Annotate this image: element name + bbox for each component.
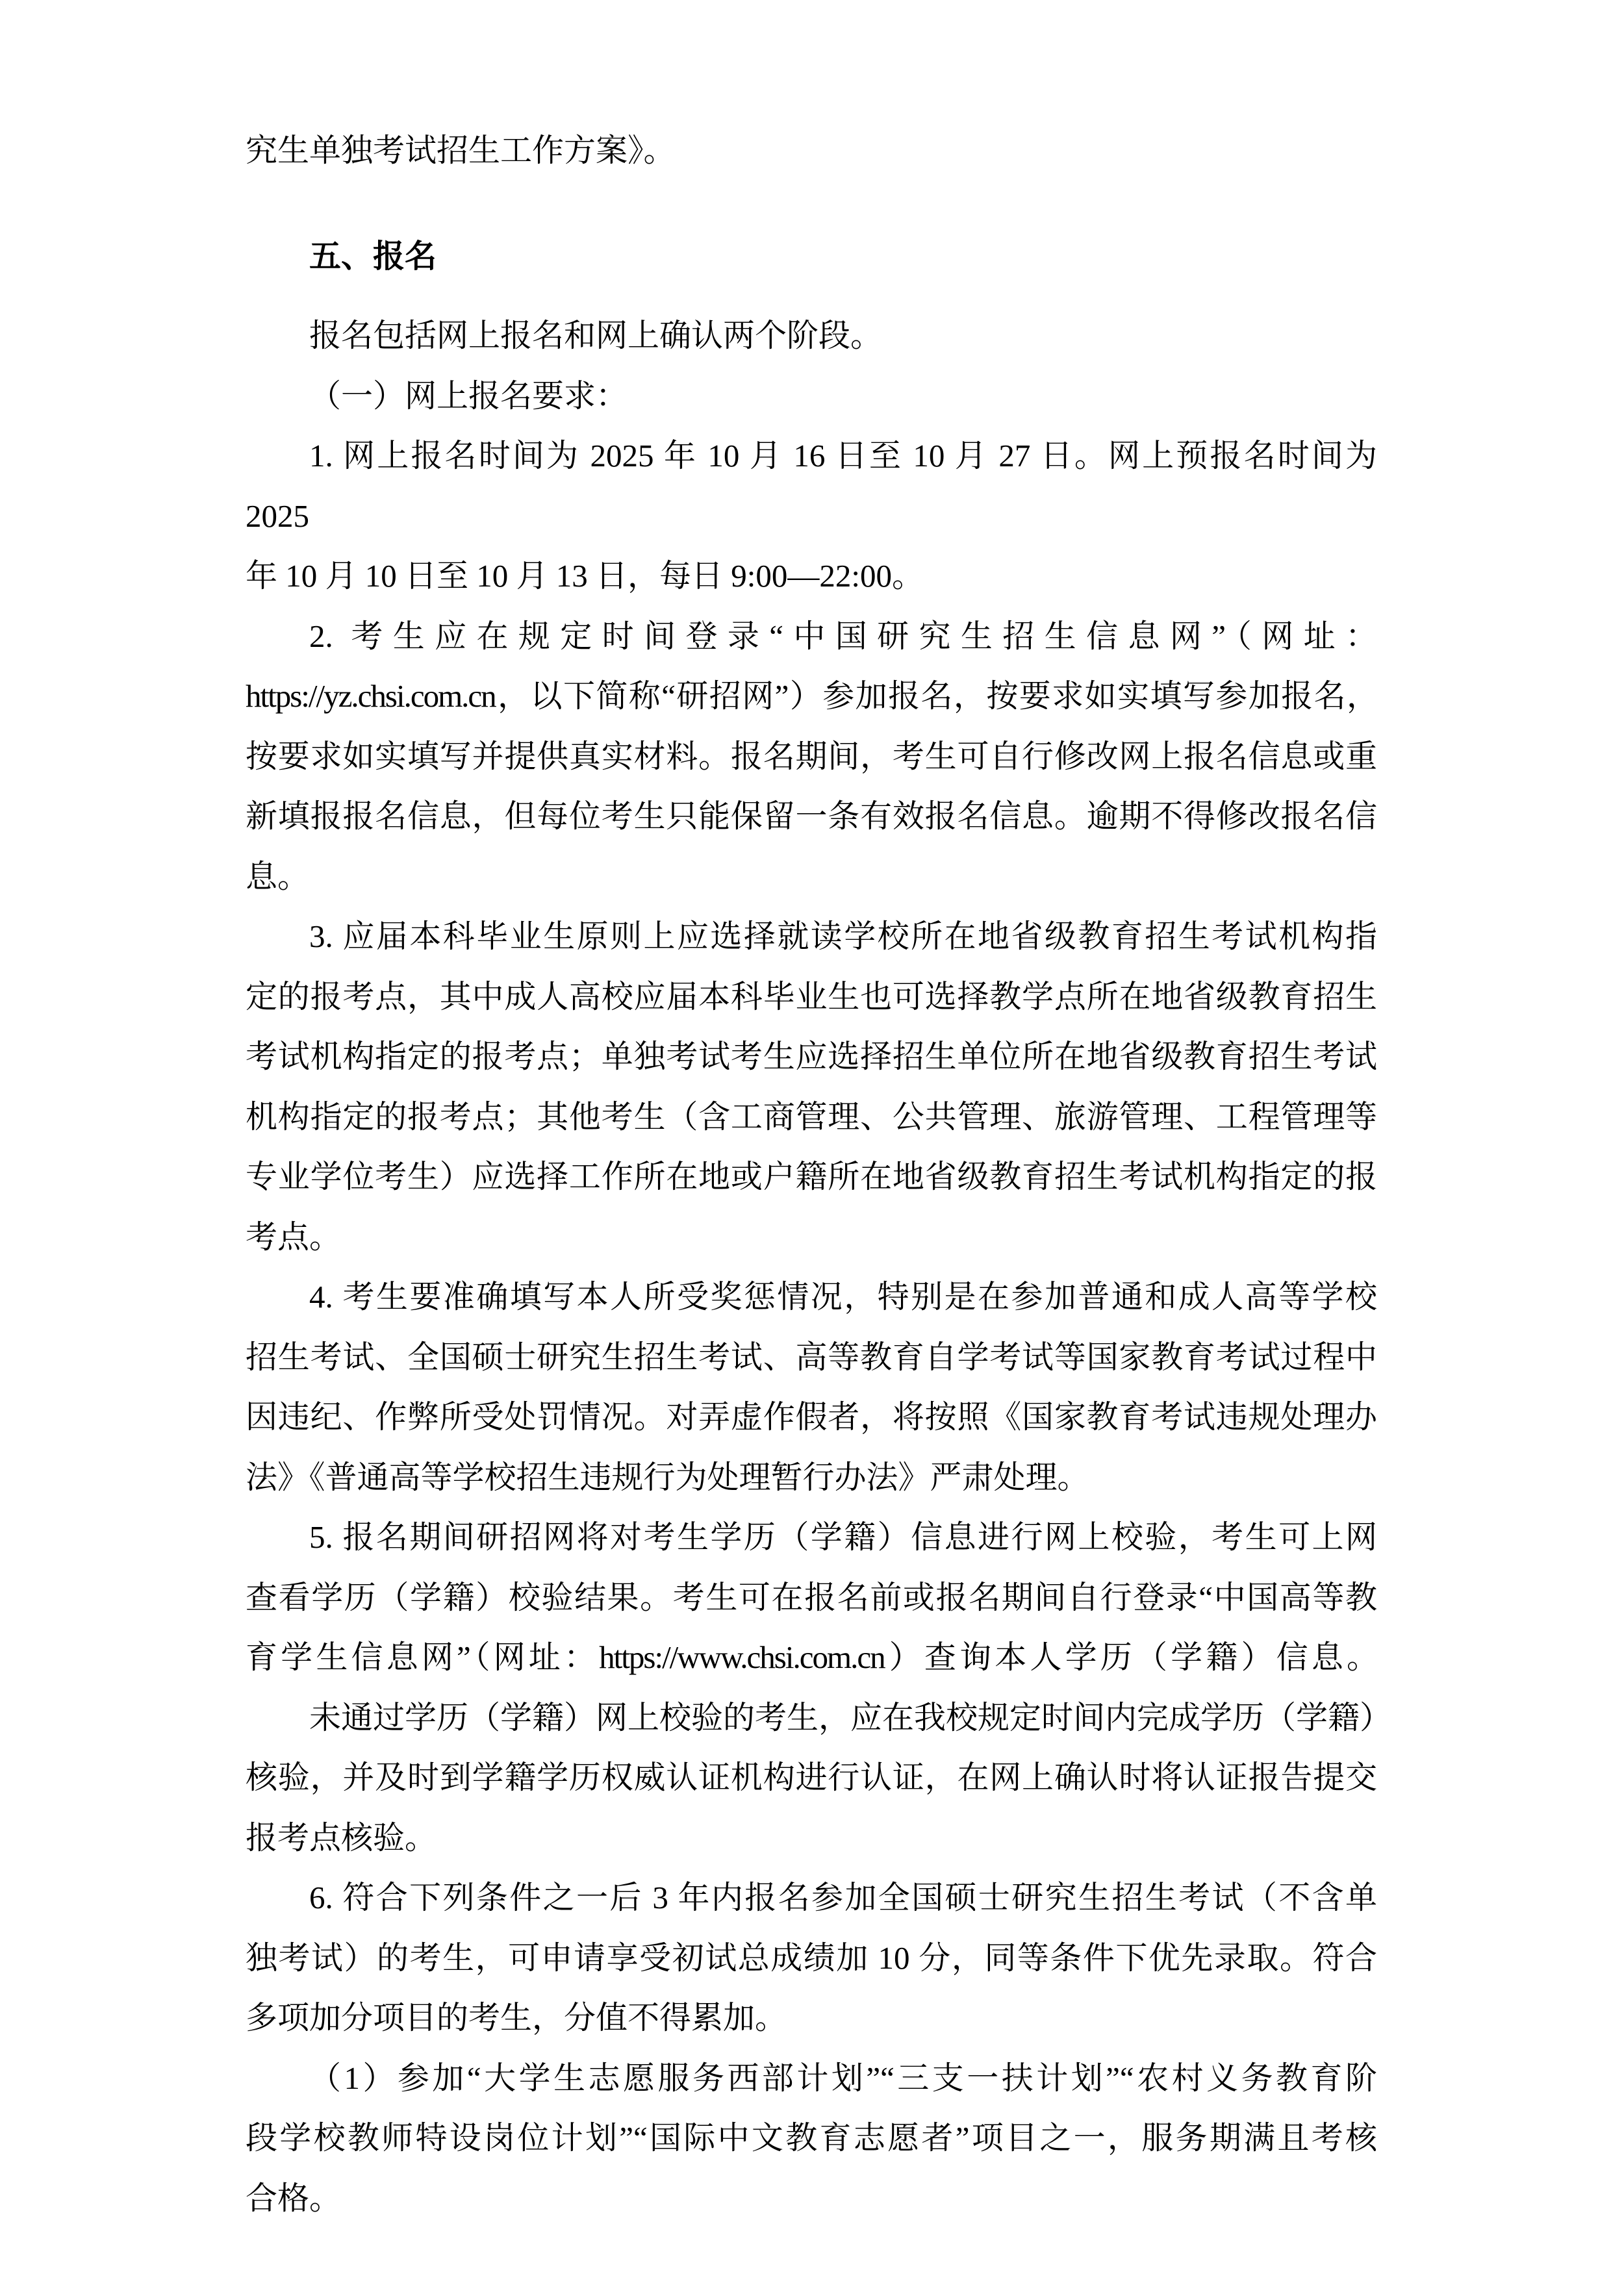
paragraph-line: 按要求如实填写并提供真实材料。报名期间，考生可自行修改网上报名信息或重 xyxy=(246,727,1377,787)
paragraph-line: 新填报报名信息，但每位考生只能保留一条有效报名信息。逾期不得修改报名信 xyxy=(246,787,1377,847)
paragraph-line: 段学校教师特设岗位计划”“国际中文教育志愿者”项目之一，服务期满且考核 xyxy=(246,2108,1377,2169)
paragraph-line: 育学生信息网”（网址：https://www.chsi.com.cn）查询本人学… xyxy=(246,1628,1377,1688)
paragraph-line: 因违纪、作弊所受处罚情况。对弄虚作假者，将按照《国家教育考试违规处理办 xyxy=(246,1387,1377,1448)
paragraph-line: 报名包括网上报名和网上确认两个阶段。 xyxy=(246,306,1377,366)
paragraph-line: 定的报考点，其中成人高校应届本科毕业生也可选择教学点所在地省级教育招生 xyxy=(246,967,1377,1028)
paragraph-line: 考点。 xyxy=(246,1207,1377,1268)
paragraph-line: 1. 网上报名时间为 2025 年 10 月 16 日至 10 月 27 日。网… xyxy=(246,426,1377,546)
paragraph-line: 究生单独考试招生工作方案》。 xyxy=(246,121,1377,181)
paragraph-line: 5. 报名期间研招网将对考生学历（学籍）信息进行网上校验，考生可上网 xyxy=(246,1508,1377,1568)
paragraph-line: 息。 xyxy=(246,847,1377,907)
paragraph-line: 核验，并及时到学籍学历权威认证机构进行认证，在网上确认时将认证报告提交 xyxy=(246,1748,1377,1808)
paragraph-line: （1）参加“大学生志愿服务西部计划”“三支一扶计划”“农村义务教育阶 xyxy=(246,2049,1377,2109)
paragraph-line: 年 10 月 10 日至 10 月 13 日，每日 9:00—22:00。 xyxy=(246,546,1377,607)
paragraph-line: 多项加分项目的考生，分值不得累加。 xyxy=(246,1988,1377,2049)
paragraph-line: 2. 考生应在规定时间登录“中国研究生招生信息网”（网址： xyxy=(246,607,1377,667)
paragraph-line: 3. 应届本科毕业生原则上应选择就读学校所在地省级教育招生考试机构指 xyxy=(246,907,1377,967)
paragraph-line: 招生考试、全国硕士研究生招生考试、高等教育自学考试等国家教育考试过程中 xyxy=(246,1328,1377,1388)
paragraph-line: 未通过学历（学籍）网上校验的考生，应在我校规定时间内完成学历（学籍） xyxy=(246,1688,1377,1748)
section-heading: 五、报名 xyxy=(246,227,1377,287)
paragraph-line: 独考试）的考生，可申请享受初试总成绩加 10 分，同等条件下优先录取。符合 xyxy=(246,1928,1377,1989)
paragraph-line: 报考点核验。 xyxy=(246,1808,1377,1869)
document-page: 究生单独考试招生工作方案》。 五、报名 报名包括网上报名和网上确认两个阶段。 （… xyxy=(0,0,1624,2296)
paragraph-line: 考试机构指定的报考点；单独考试考生应选择招生单位所在地省级教育招生考试 xyxy=(246,1027,1377,1087)
paragraph-line: https://yz.chsi.com.cn，以下简称“研招网”）参加报名，按要… xyxy=(246,666,1377,727)
paragraph-line: 查看学历（学籍）校验结果。考生可在报名前或报名期间自行登录“中国高等教 xyxy=(246,1568,1377,1628)
paragraph-line: 合格。 xyxy=(246,2169,1377,2229)
paragraph-line: 6. 符合下列条件之一后 3 年内报名参加全国硕士研究生招生考试（不含单 xyxy=(246,1868,1377,1928)
subsection-heading: （一）网上报名要求： xyxy=(246,366,1377,427)
paragraph-line: 法》《普通高等学校招生违规行为处理暂行办法》严肃处理。 xyxy=(246,1448,1377,1508)
paragraph-line: 4. 考生要准确填写本人所受奖惩情况，特别是在参加普通和成人高等学校 xyxy=(246,1267,1377,1328)
paragraph-line: 机构指定的报考点；其他考生（含工商管理、公共管理、旅游管理、工程管理等 xyxy=(246,1087,1377,1148)
paragraph-line: 专业学位考生）应选择工作所在地或户籍所在地省级教育招生考试机构指定的报 xyxy=(246,1147,1377,1207)
